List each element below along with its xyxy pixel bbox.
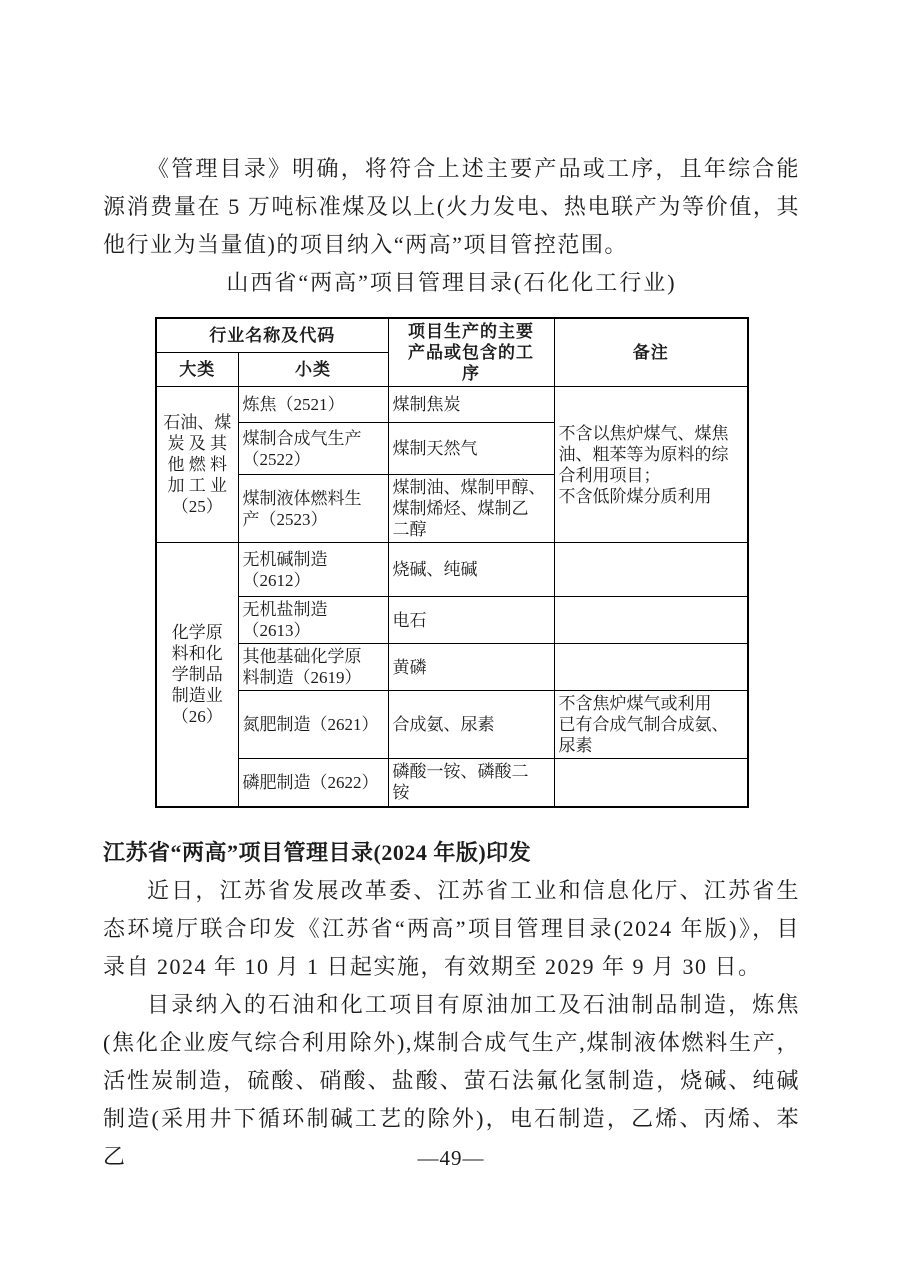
remark-cell	[554, 597, 748, 644]
products-cell: 煤制焦炭	[388, 387, 554, 423]
remark-cell-group-25: 不含以焦炉煤气、煤焦 油、粗苯等为原料的综 合利用项目； 不含低阶煤分质利用	[554, 387, 748, 543]
subclass-cell: 煤制合成气生产 （2522）	[238, 423, 388, 475]
products-cell: 黄磷	[388, 644, 554, 691]
products-cell: 电石	[388, 597, 554, 644]
products-cell: 煤制油、煤制甲醇、 煤制烯烃、煤制乙 二醇	[388, 475, 554, 543]
subclass-cell: 磷肥制造（2622）	[238, 759, 388, 807]
subclass-cell: 无机碱制造 （2612）	[238, 543, 388, 597]
category-cell-25: 石油、煤 炭 及 其 他 燃 料 加 工 业 （25）	[156, 387, 238, 543]
header-industry-name-code: 行业名称及代码	[156, 318, 388, 352]
remark-cell	[554, 759, 748, 807]
table-title: 山西省“两高”项目管理目录(石化化工行业)	[103, 264, 800, 302]
table-header-row-1: 行业名称及代码 项目生产的主要 产品或包含的工 序 备注	[156, 318, 748, 352]
subclass-cell: 其他基础化学原 料制造（2619）	[238, 644, 388, 691]
table-row: 其他基础化学原 料制造（2619） 黄磷	[156, 644, 748, 691]
page-content: 《管理目录》明确，将符合上述主要产品或工序，且年综合能源消费量在 5 万吨标准煤…	[103, 150, 800, 1176]
jiangsu-paragraph-1: 近日，江苏省发展改革委、江苏省工业和信息化厅、江苏省生态环境厅联合印发《江苏省“…	[103, 872, 800, 986]
products-cell: 磷酸一铵、磷酸二 铵	[388, 759, 554, 807]
subclass-cell: 煤制液体燃料生 产（2523）	[238, 475, 388, 543]
header-remark: 备注	[554, 318, 748, 387]
header-products: 项目生产的主要 产品或包含的工 序	[388, 318, 554, 387]
table-row: 氮肥制造（2621） 合成氨、尿素 不含焦炉煤气或利用 已有合成气制合成氨、 尿…	[156, 691, 748, 759]
remark-cell	[554, 644, 748, 691]
products-cell: 煤制天然气	[388, 423, 554, 475]
subclass-cell: 氮肥制造（2621）	[238, 691, 388, 759]
products-cell: 烧碱、纯碱	[388, 543, 554, 597]
header-minor-class: 小类	[238, 352, 388, 386]
section-heading-jiangsu: 江苏省“两高”项目管理目录(2024 年版)印发	[103, 834, 800, 872]
intro-paragraph: 《管理目录》明确，将符合上述主要产品或工序，且年综合能源消费量在 5 万吨标准煤…	[103, 150, 800, 264]
category-cell-26: 化学原 料和化 学制品 制造业 （26）	[156, 543, 238, 807]
header-major-class: 大类	[156, 352, 238, 386]
subclass-cell: 无机盐制造 （2613）	[238, 597, 388, 644]
document-page: 《管理目录》明确，将符合上述主要产品或工序，且年综合能源消费量在 5 万吨标准煤…	[0, 0, 902, 1275]
table-row: 石油、煤 炭 及 其 他 燃 料 加 工 业 （25） 炼焦（2521） 煤制焦…	[156, 387, 748, 423]
page-number: —49—	[0, 1146, 902, 1171]
shanxi-catalog-table: 行业名称及代码 项目生产的主要 产品或包含的工 序 备注 大类 小类 石油、煤 …	[155, 317, 749, 808]
table-row: 磷肥制造（2622） 磷酸一铵、磷酸二 铵	[156, 759, 748, 807]
subclass-cell: 炼焦（2521）	[238, 387, 388, 423]
remark-cell	[554, 543, 748, 597]
products-cell: 合成氨、尿素	[388, 691, 554, 759]
table-row: 化学原 料和化 学制品 制造业 （26） 无机碱制造 （2612） 烧碱、纯碱	[156, 543, 748, 597]
remark-cell: 不含焦炉煤气或利用 已有合成气制合成氨、 尿素	[554, 691, 748, 759]
table-row: 无机盐制造 （2613） 电石	[156, 597, 748, 644]
